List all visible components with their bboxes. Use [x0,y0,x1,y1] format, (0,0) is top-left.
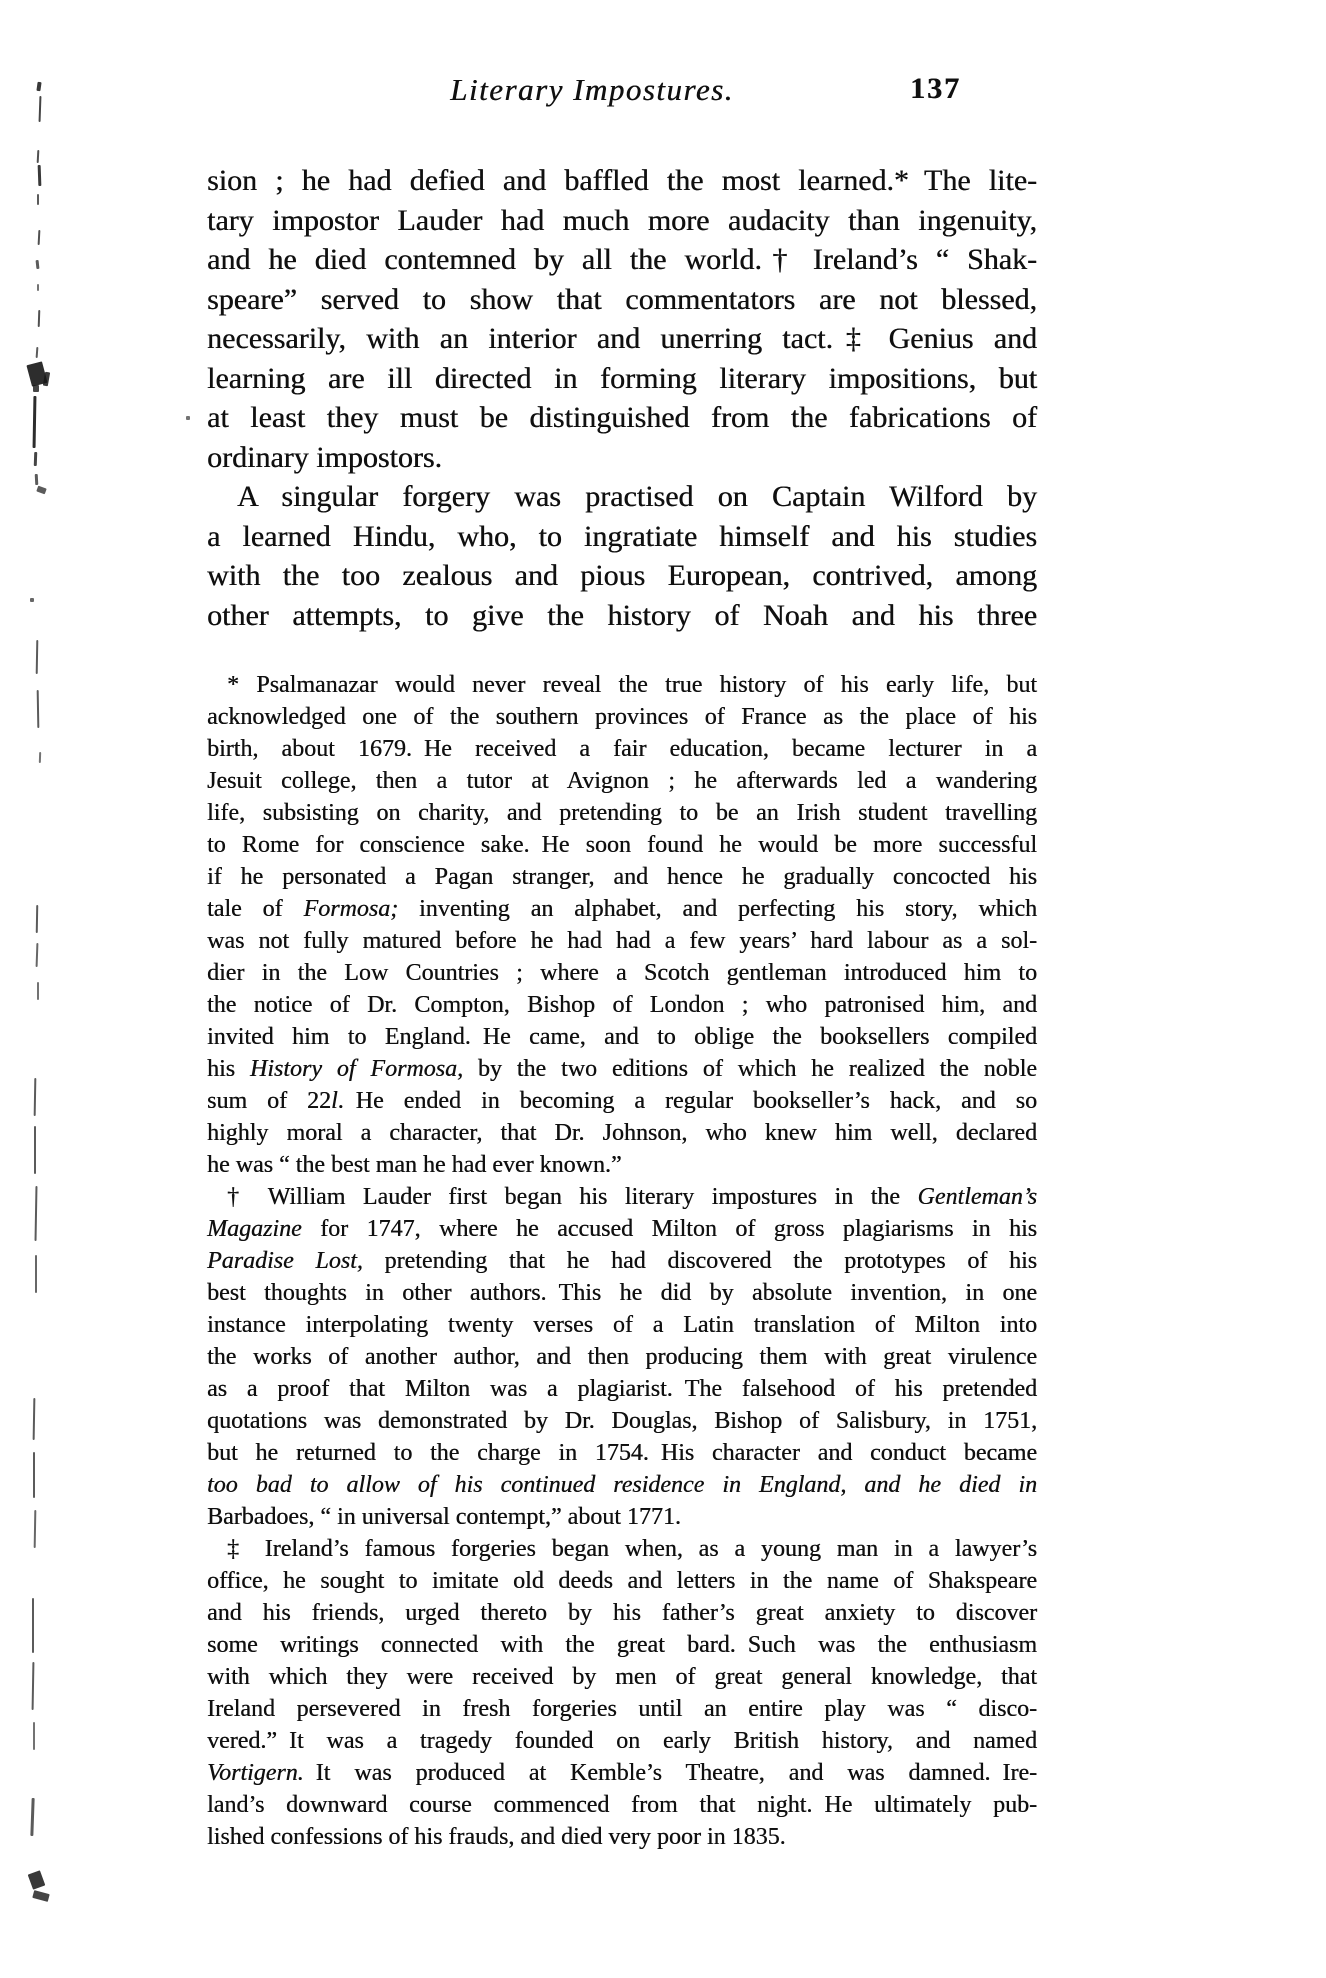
scan-artifact [39,96,42,122]
text-segment: office, he sought to imitate old deeds a… [207,1568,1037,1594]
text-line: the works of another author, and then pr… [207,1341,1037,1373]
scan-artifact [35,1255,37,1293]
scan-artifact [36,943,39,967]
text-line: the notice of Dr. Compton, Bishop of Lon… [207,989,1037,1021]
text-line: his History of Formosa, by the two editi… [207,1053,1037,1085]
scan-artifact [32,1662,35,1710]
text-segment: acknowledged one of the southern provinc… [207,704,1037,730]
text-segment: ordinary impostors. [207,441,442,474]
scan-artifact [39,752,41,763]
text-line: life, subsisting on charity, and pretend… [207,797,1037,829]
text-line: with which they were received by men of … [207,1661,1037,1693]
text-segment: speare” served to show that commentators… [207,283,1037,316]
italic-text-segment: Vortigern. [207,1760,304,1786]
italic-text-segment: Magazine [207,1216,302,1242]
scan-artifact [35,474,39,485]
text-segment: vered.” It was a tragedy founded on earl… [207,1728,1037,1754]
text-segment: It was produced at Kemble’s Theatre, and… [304,1760,1037,1786]
text-line: acknowledged one of the southern provinc… [207,701,1037,733]
text-line: Magazine for 1747, where he accused Milt… [207,1213,1037,1245]
text-segment: quotations was demonstrated by Dr. Dougl… [207,1408,1037,1434]
text-segment: † William Lauder first began his literar… [227,1184,917,1210]
text-segment: tale of [207,896,303,922]
book-page: Literary Impostures. 137 sion ; he had d… [0,0,1326,1978]
scan-artifact [32,1890,50,1902]
scan-artifact [38,230,41,245]
scan-artifact [36,347,39,358]
scan-artifact [33,1722,35,1750]
text-segment: pretending that he had discovered the pr… [363,1248,1037,1274]
scan-artifact [35,1186,38,1241]
text-line: if he personated a Pagan stranger, and h… [207,861,1037,893]
running-header-title: Literary Impostures. [207,72,977,108]
footnote: ‡ Ireland’s famous forgeries began when,… [207,1533,1037,1853]
text-segment: Jesuit college, then a tutor at Avignon … [207,768,1037,794]
text-line: highly moral a character, that Dr. Johns… [207,1117,1037,1149]
scan-artifact [37,150,40,163]
text-line: lished confessions of his frauds, and di… [207,1821,1037,1853]
italic-text-segment: History of Formosa, [250,1056,463,1082]
text-segment: at least they must be distinguished from… [207,401,1037,434]
scan-artifact [34,1078,37,1116]
scan-artifact [37,194,39,205]
scan-artifact [37,690,40,728]
text-segment: Barbadoes, “ in universal contempt,” abo… [207,1504,681,1530]
text-line: invited him to England. He came, and to … [207,1021,1037,1053]
text-segment: land’s downward course commenced from th… [207,1792,1037,1818]
body-text: sion ; he had defied and baffled the mos… [207,161,1037,635]
text-segment: he was “ the best man he had ever known.… [207,1152,622,1178]
text-line: instance interpolating twenty verses of … [207,1309,1037,1341]
text-line: † William Lauder first began his literar… [207,1181,1037,1213]
text-line: ordinary impostors. [207,438,1037,478]
text-line: dier in the Low Countries ; where a Scot… [207,957,1037,989]
text-line: and he died contemned by all the world.†… [207,240,1037,280]
italic-text-segment: too bad to allow of his continued reside… [207,1472,1037,1498]
scan-artifact [36,82,41,91]
paragraph: A singular forgery was practised on Capt… [207,477,1037,635]
text-segment: and his friends, urged thereto by his fa… [207,1600,1037,1626]
italic-text-segment: Paradise Lost, [207,1248,363,1274]
text-segment: birth, about 1679. He received a fair ed… [207,736,1037,762]
text-segment: some writings connected with the great b… [207,1632,1037,1658]
text-segment: his [207,1056,250,1082]
text-line: best thoughts in other authors. This he … [207,1277,1037,1309]
text-line: learning are ill directed in forming lit… [207,359,1037,399]
text-segment: necessarily, with an interior and unerri… [207,322,1037,355]
text-line: was not fully matured before he had had … [207,925,1037,957]
text-line: Barbadoes, “ in universal contempt,” abo… [207,1501,1037,1533]
text-line: office, he sought to imitate old deeds a… [207,1565,1037,1597]
italic-text-segment: Gentleman’s [917,1184,1037,1210]
text-segment: highly moral a character, that Dr. Johns… [207,1120,1037,1146]
paragraph: sion ; he had defied and baffled the mos… [207,161,1037,477]
text-segment: with which they were received by men of … [207,1664,1037,1690]
scan-artifact [36,260,40,269]
scan-artifact [36,486,47,495]
scan-artifact [34,452,37,466]
text-line: * Psalmanazar would never reveal the tru… [207,669,1037,701]
italic-text-segment: Formosa; [303,896,398,922]
scan-artifact [33,1398,36,1440]
text-segment: inventing an alphabet, and perfecting hi… [398,896,1037,922]
text-segment: Ireland persevered in fresh forgeries un… [207,1696,1037,1722]
text-line: but he returned to the charge in 1754. H… [207,1437,1037,1469]
text-segment: to Rome for conscience sake. He soon fou… [207,832,1037,858]
scan-artifact [37,284,39,291]
text-line: Paradise Lost, pretending that he had di… [207,1245,1037,1277]
text-segment: sion ; he had defied and baffled the mos… [207,164,1037,197]
text-line: tale of Formosa; inventing an alphabet, … [207,893,1037,925]
scan-artifact [37,982,39,1000]
scan-artifact [34,1510,37,1548]
text-segment: * Psalmanazar would never reveal the tru… [227,672,1037,698]
scan-artifact [28,1870,46,1889]
scan-artifact [33,1452,35,1498]
text-line: too bad to allow of his continued reside… [207,1469,1037,1501]
text-line: and his friends, urged thereto by his fa… [207,1597,1037,1629]
footnote: * Psalmanazar would never reveal the tru… [207,669,1037,1181]
text-segment: by the two editions of which he realized… [463,1056,1037,1082]
text-line: necessarily, with an interior and unerri… [207,319,1037,359]
scan-artifact [43,372,50,387]
text-line: Jesuit college, then a tutor at Avignon … [207,765,1037,797]
scan-artifact [33,385,39,392]
text-segment: . He ended in becoming a regular booksel… [338,1088,1037,1114]
text-line: Ireland persevered in fresh forgeries un… [207,1693,1037,1725]
page-number: 137 [910,72,961,106]
text-segment: A singular forgery was practised on Capt… [237,480,1037,513]
scan-artifact [186,416,190,420]
text-line: to Rome for conscience sake. He soon fou… [207,829,1037,861]
text-segment: a learned Hindu, who, to ingratiate hims… [207,520,1037,553]
footnotes: * Psalmanazar would never reveal the tru… [207,669,1037,1853]
text-segment: the notice of Dr. Compton, Bishop of Lon… [207,992,1037,1018]
text-segment: the works of another author, and then pr… [207,1344,1037,1370]
italic-text-segment: l [331,1088,338,1114]
text-segment: learning are ill directed in forming lit… [207,362,1037,395]
text-segment: ‡ Ireland’s famous forgeries began when,… [227,1536,1037,1562]
text-line: a learned Hindu, who, to ingratiate hims… [207,517,1037,557]
text-segment: instance interpolating twenty verses of … [207,1312,1037,1338]
text-segment: dier in the Low Countries ; where a Scot… [207,960,1037,986]
text-line: with the too zealous and pious European,… [207,556,1037,596]
text-line: birth, about 1679. He received a fair ed… [207,733,1037,765]
text-segment: was not fully matured before he had had … [207,928,1037,954]
text-segment: as a proof that Milton was a plagiarist.… [207,1376,1037,1402]
text-line: land’s downward course commenced from th… [207,1789,1037,1821]
text-segment: if he personated a Pagan stranger, and h… [207,864,1037,890]
text-segment: sum of 22 [207,1088,331,1114]
text-segment: with the too zealous and pious European,… [207,559,1037,592]
text-line: ‡ Ireland’s famous forgeries began when,… [207,1533,1037,1565]
text-line: other attempts, to give the history of N… [207,596,1037,636]
text-line: he was “ the best man he had ever known.… [207,1149,1037,1181]
text-line: vered.” It was a tragedy founded on earl… [207,1725,1037,1757]
text-segment: for 1747, where he accused Milton of gro… [302,1216,1037,1242]
text-line: at least they must be distinguished from… [207,398,1037,438]
text-segment: best thoughts in other authors. This he … [207,1280,1037,1306]
scan-artifact [36,905,38,933]
text-line: A singular forgery was practised on Capt… [207,477,1037,517]
text-segment: but he returned to the charge in 1754. H… [207,1440,1037,1466]
scan-artifact [30,1798,34,1836]
scan-artifact [30,598,34,602]
text-segment: lished confessions of his frauds, and di… [207,1824,786,1850]
text-segment: other attempts, to give the history of N… [207,599,1037,632]
text-line: speare” served to show that commentators… [207,280,1037,320]
text-segment: tary impostor Lauder had much more audac… [207,204,1037,237]
text-line: sum of 22l. He ended in becoming a regul… [207,1085,1037,1117]
scan-artifact [38,165,42,186]
text-segment: and he died contemned by all the world.†… [207,243,1037,276]
scan-artifact [33,396,37,448]
text-line: sion ; he had defied and baffled the mos… [207,161,1037,201]
text-segment: life, subsisting on charity, and pretend… [207,800,1037,826]
scan-artifact [32,1598,34,1653]
scan-artifact [38,310,41,327]
text-line: tary impostor Lauder had much more audac… [207,201,1037,241]
text-line: Vortigern. It was produced at Kemble’s T… [207,1757,1037,1789]
text-line: some writings connected with the great b… [207,1629,1037,1661]
text-line: quotations was demonstrated by Dr. Dougl… [207,1405,1037,1437]
footnote: † William Lauder first began his literar… [207,1181,1037,1533]
scan-artifact [36,640,39,674]
text-line: as a proof that Milton was a plagiarist.… [207,1373,1037,1405]
scan-artifact [34,1126,36,1174]
text-segment: invited him to England. He came, and to … [207,1024,1037,1050]
